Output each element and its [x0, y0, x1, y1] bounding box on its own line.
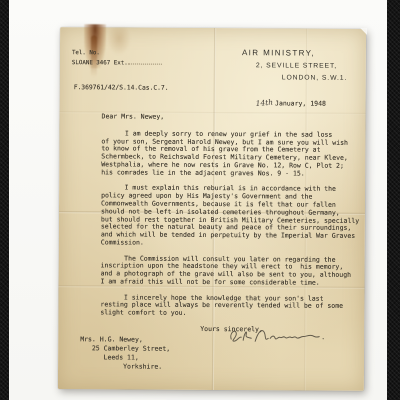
- ruled-line: [128, 58, 162, 64]
- date-line: 14thJanuary, 1948: [256, 98, 326, 107]
- paragraph: I must explain this reburial is in accor…: [101, 185, 361, 249]
- page-background-texture-right: [387, 0, 400, 400]
- salutation: Dear Mrs. Newey,: [102, 113, 362, 122]
- paragraph: I sincerely hope the knowledge that your…: [100, 294, 360, 319]
- letter-body: Dear Mrs. Newey, I am deeply sorry to re…: [100, 113, 361, 334]
- letterhead-street: 2, SEVILLE STREET,: [256, 60, 348, 73]
- letterhead-city: LONDON, S.W.1.: [282, 72, 348, 85]
- page-background-texture-left: [0, 0, 9, 400]
- telephone-line2: SLOANE 3467 Ext.: [72, 58, 162, 69]
- letterhead-org: AIR MINISTRY,: [242, 47, 348, 60]
- paragraph: The Commission will consult you later on…: [101, 255, 361, 288]
- paragraph: I am deeply sorry to renew your grief in…: [101, 130, 361, 178]
- typed-date: January, 1948: [275, 99, 326, 107]
- signature-handwritten: [226, 325, 326, 348]
- handwritten-day: 14th: [255, 98, 273, 108]
- letter-paper: Tel. No. SLOANE 3467 Ext. AIR MINISTRY, …: [58, 27, 366, 391]
- reference-number: F.369761/42/S.14.Cas.C.7.: [74, 84, 169, 92]
- letterhead: AIR MINISTRY, 2, SEVILLE STREET, LONDON,…: [242, 47, 348, 85]
- recipient-address: Mrs. H.G. Newey, 25 Camberley Street, Le…: [80, 335, 170, 372]
- scan-card: Tel. No. SLOANE 3467 Ext. AIR MINISTRY, …: [9, 0, 387, 400]
- telephone-block: Tel. No. SLOANE 3467 Ext.: [72, 49, 162, 69]
